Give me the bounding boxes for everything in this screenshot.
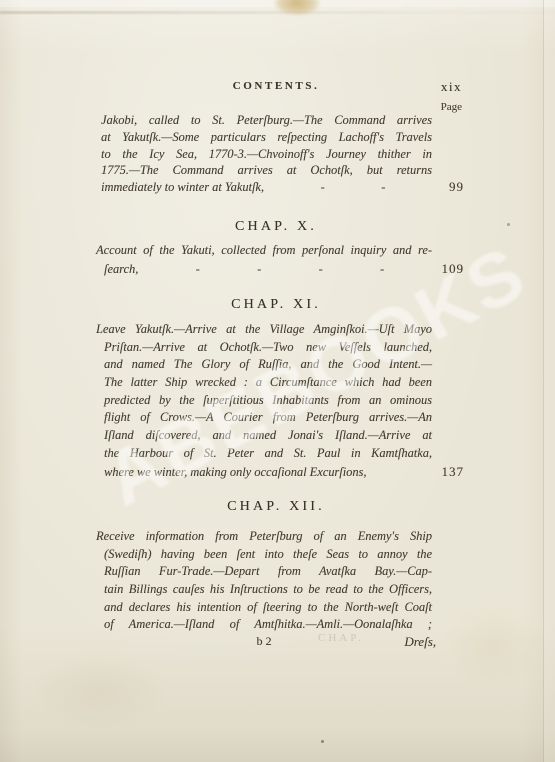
signature-mark: b 2 (96, 634, 432, 649)
leader-dash: - (319, 261, 323, 279)
page-number: 99 (442, 179, 464, 196)
toc-line: Leave Yakutſk.—Arrive at the Village Amg… (96, 321, 432, 339)
catchword: Dreſs, (404, 634, 436, 650)
toc-line-text: ſearch, (104, 261, 138, 279)
toc-line-text: where we winter, making only occaſional … (104, 464, 366, 482)
page-footer: b 2 Dreſs, (96, 634, 436, 652)
toc-line: to the Icy Sea, 1770-3.—Chvoinoff's Jour… (96, 146, 432, 163)
toc-line-with-page: where we winter, making only occaſional … (96, 463, 464, 481)
toc-line: The latter Ship wrecked : a Circumſtance… (96, 374, 432, 392)
leader-dash: - (381, 179, 385, 196)
top-crease-shadow (0, 11, 555, 14)
ink-speck (507, 223, 510, 226)
toc-line: and declares his intention of ſteering t… (96, 599, 432, 617)
leader-dash: - (380, 261, 384, 279)
scanned-book-page: CHAP. CONTENTS. xix Page Jakobi, called … (0, 0, 555, 762)
chapter-xii-summary: Receive information from Peterſburg of a… (96, 528, 432, 634)
toc-line: tain Billings cauſes his Inſtructions to… (96, 581, 432, 599)
leader-dash: - (321, 179, 325, 196)
leader-dash: - (196, 261, 200, 279)
toc-line: at Yakutſk.—Some particulars reſpecting … (96, 129, 432, 146)
folio-number: xix (441, 79, 462, 95)
chapter-x-summary: Account of the Yakuti, collected from pe… (96, 242, 464, 277)
leader-dash: - (257, 261, 261, 279)
page-number: 109 (442, 260, 465, 278)
toc-line: predicted by the ſuperſtitious Inhabitan… (96, 392, 432, 410)
toc-line: Account of the Yakuti, collected from pe… (96, 242, 432, 260)
chapter-heading-xii: CHAP. XII. (96, 499, 456, 515)
toc-line: of America.—Iſland of Amtſhitka.—Amli.—O… (96, 616, 432, 634)
text-block: CONTENTS. xix Page Jakobi, called to St.… (96, 78, 464, 678)
toc-line: Ruſſian Fur-Trade.—Depart from Avatſka B… (96, 563, 432, 581)
running-title: CONTENTS. (96, 80, 456, 92)
chapter-xi-summary: Leave Yakutſk.—Arrive at the Village Amg… (96, 321, 464, 480)
chapter-heading-x: CHAP. X. (96, 219, 456, 235)
toc-line-text: immediately to winter at Yakutſk, (101, 179, 264, 196)
chapter-summary-continued: Jakobi, called to St. Peterſburg.—The Co… (96, 112, 464, 196)
toc-line: Priſtan.—Arrive at Ochotſk.—Two new Veſſ… (96, 339, 432, 357)
toc-line: flight of Crows.—A Courier from Peterſbu… (96, 409, 432, 427)
toc-line: Receive information from Peterſburg of a… (96, 528, 432, 546)
toc-line: Jakobi, called to St. Peterſburg.—The Co… (96, 112, 432, 129)
toc-line-with-page: immediately to winter at Yakutſk, - - 99 (96, 179, 464, 196)
page-number: 137 (442, 463, 465, 481)
toc-line: 1775.—The Command arrives at Ochotſk, bu… (96, 162, 432, 179)
chapter-heading-xi: CHAP. XI. (96, 297, 456, 313)
toc-line: Iſland diſcovered, and named Jonai's Iſl… (96, 427, 432, 445)
ink-speck (321, 740, 324, 743)
toc-line: the Harbour of St. Peter and St. Paul in… (96, 445, 432, 463)
toc-line-with-page: ſearch, - - - - 109 (96, 260, 464, 278)
toc-line: and named The Glory of Ruſſia, and the G… (96, 356, 432, 374)
toc-line: (Swediſh) having been ſent into theſe Se… (96, 546, 432, 564)
